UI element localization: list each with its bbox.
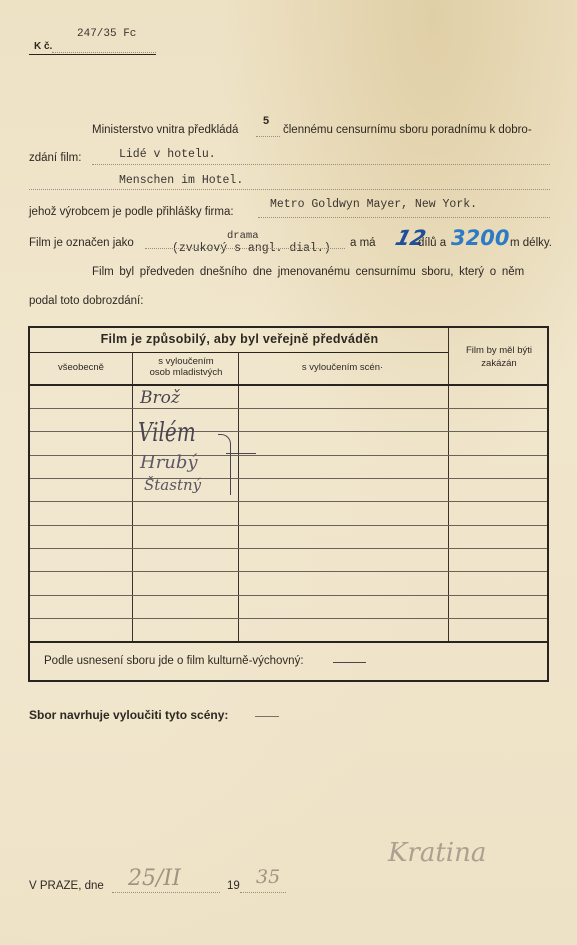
- film-title-cz-line: [92, 164, 550, 165]
- reference-underline: [29, 54, 156, 55]
- col-header-scenes: s vyloučením scén·: [238, 362, 447, 373]
- row-line: [30, 431, 547, 432]
- signature-4: Štastný: [144, 476, 201, 494]
- educational-film-label: Podle usnesení sboru jde o film kulturně…: [44, 655, 304, 667]
- film-title-cz: Lidé v hotelu.: [119, 148, 216, 161]
- place-label: V PRAZE, dne: [29, 880, 104, 892]
- intro-line1-after: člennému censurnímu sboru poradnímu k do…: [283, 124, 532, 136]
- educational-film-value: [333, 662, 366, 663]
- genre: drama: [227, 230, 259, 242]
- opinion-text: podal toto dobrozdání:: [29, 295, 143, 307]
- signature-2: Vilém: [138, 416, 196, 447]
- row-line: [30, 595, 547, 596]
- reference-number: 247/35 Fc: [77, 28, 136, 40]
- col-header-minors: s vyloučením osob mladistvých: [136, 356, 236, 378]
- film-label: zdání film:: [29, 152, 81, 164]
- body-bottom-line: [30, 641, 547, 643]
- reference-dotted-line: [52, 52, 156, 53]
- signature-1: Brož: [140, 388, 180, 408]
- group-header: Film je způsobilý, aby byl veřejně předv…: [30, 332, 449, 346]
- length-suffix: m délky.: [510, 237, 552, 249]
- col-divider-1: [132, 352, 133, 641]
- member-count: 5: [263, 115, 269, 127]
- reels-suffix: dílů a: [418, 237, 446, 249]
- date-line: [112, 892, 220, 893]
- reference-label: K č.: [34, 41, 52, 52]
- intro-line1-before: Ministerstvo vnitra předkládá: [92, 124, 238, 136]
- row-line: [30, 478, 547, 479]
- film-length: 3200: [451, 226, 509, 250]
- genre-label: Film je označen jako: [29, 237, 134, 249]
- date-day-month: 25/II: [128, 866, 181, 891]
- signature-flourish: [226, 453, 256, 454]
- scenes-label: Sbor navrhuje vyloučiti tyto scény:: [29, 708, 228, 722]
- row-line: [30, 501, 547, 502]
- scenes-value: [255, 716, 279, 717]
- opinion-table: Film je způsobilý, aby byl veřejně předv…: [28, 326, 549, 682]
- shown-text: Film byl předveden dnešního dne jmenovan…: [92, 266, 524, 278]
- row-line: [30, 408, 547, 409]
- row-line: [30, 618, 547, 619]
- film-title-de: Menschen im Hotel.: [119, 174, 243, 187]
- row-line: [30, 548, 547, 549]
- col-header-banned: Film by měl býti zakázán: [451, 344, 547, 370]
- signature-bracket: [218, 434, 231, 495]
- genre-line: [145, 248, 345, 249]
- col-divider-2: [238, 352, 239, 641]
- film-title-de-line: [29, 189, 550, 190]
- header-bottom-line: [30, 384, 547, 386]
- member-count-dots: [256, 136, 280, 137]
- row-line: [30, 525, 547, 526]
- producer: Metro Goldwyn Mayer, New York.: [270, 198, 477, 211]
- col-header-general: všeobecně: [30, 362, 132, 373]
- signature-3: Hrubý: [140, 452, 198, 473]
- reels-label: a má: [350, 237, 376, 249]
- row-line: [30, 571, 547, 572]
- producer-line: [258, 217, 550, 218]
- row-line: [30, 455, 547, 456]
- year-prefix: 19: [227, 880, 240, 892]
- year-line: [240, 892, 286, 893]
- producer-label: jehož výrobcem je podle přihlášky firma:: [29, 206, 234, 218]
- group-header-divider: [30, 352, 449, 353]
- year-suffix: 35: [256, 866, 280, 888]
- chair-signature: Kratina: [388, 838, 486, 868]
